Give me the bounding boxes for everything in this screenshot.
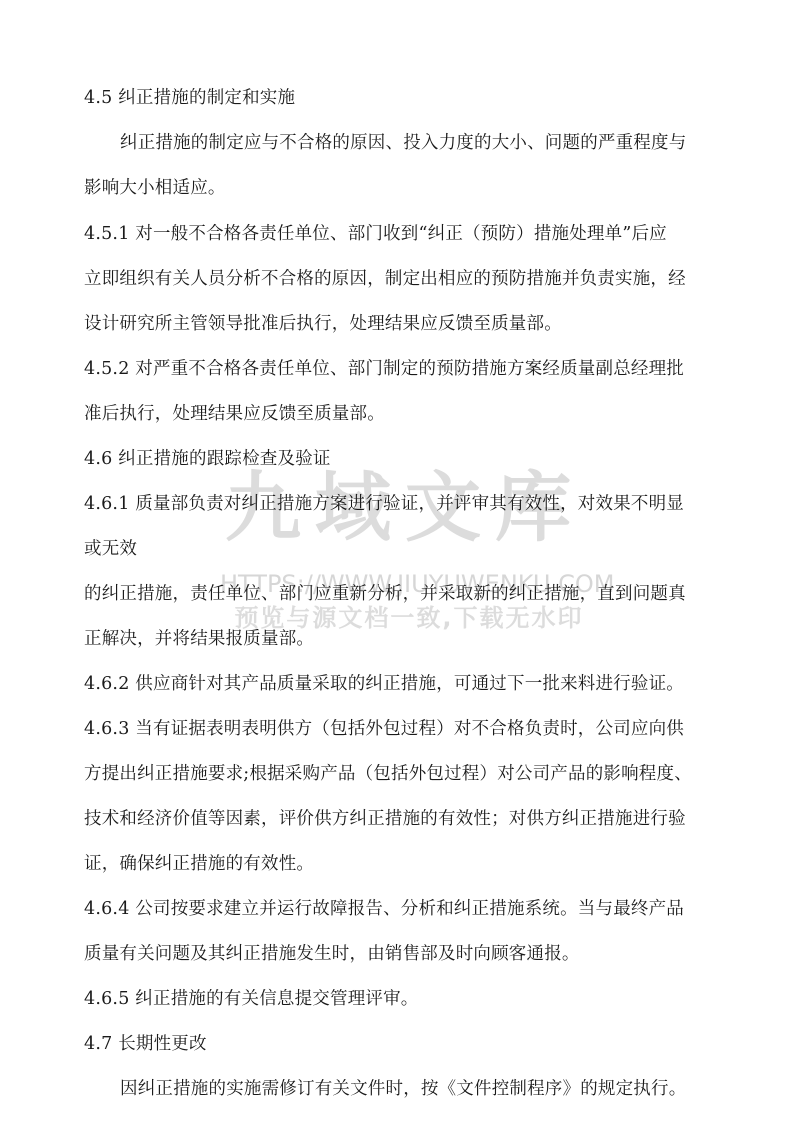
paragraph-line: 立即组织有关人员分析不合格的原因，制定出相应的预防措施并负责实施，经 <box>84 267 724 291</box>
paragraph-line: 方提出纠正措施要求;根据采购产品（包括外包过程）对公司产品的影响程度、 <box>84 762 724 786</box>
clause-4-6-1: 4.6.1 质量部负责对纠正措施方案进行验证，并评审其有效性，对效果不明显 <box>84 492 724 516</box>
clause-4-6-2: 4.6.2 供应商针对其产品质量采取的纠正措施，可通过下一批来料进行验证。 <box>84 672 724 696</box>
section-heading-4-7: 4.7 长期性更改 <box>84 1032 724 1056</box>
document-body: 4.5 纠正措施的制定和实施 纠正措施的制定应与不合格的原因、投入力度的大小、问… <box>0 0 793 1122</box>
clause-4-6-3: 4.6.3 当有证据表明表明供方（包括外包过程）对不合格负责时，公司应向供 <box>84 717 724 741</box>
paragraph-line: 因纠正措施的实施需修订有关文件时，按《文件控制程序》的规定执行。 <box>120 1077 760 1101</box>
paragraph-line: 准后执行，处理结果应反馈至质量部。 <box>84 402 724 426</box>
paragraph-line: 纠正措施的制定应与不合格的原因、投入力度的大小、问题的严重程度与 <box>120 131 760 155</box>
paragraph-line: 质量有关问题及其纠正措施发生时，由销售部及时向顾客通报。 <box>84 942 724 966</box>
clause-4-5-1: 4.5.1 对一般不合格各责任单位、部门收到“纠正（预防）措施处理单”后应 <box>84 222 724 246</box>
paragraph-line: 或无效 <box>84 537 724 561</box>
paragraph-line: 证，确保纠正措施的有效性。 <box>84 852 724 876</box>
clause-4-5-2: 4.5.2 对严重不合格各责任单位、部门制定的预防措施方案经质量副总经理批 <box>84 357 724 381</box>
paragraph-line: 正解决，并将结果报质量部。 <box>84 627 724 651</box>
clause-4-6-4: 4.6.4 公司按要求建立并运行故障报告、分析和纠正措施系统。当与最终产品 <box>84 897 724 921</box>
paragraph-line: 设计研究所主管领导批准后执行，处理结果应反馈至质量部。 <box>84 312 724 336</box>
paragraph-line: 影响大小相适应。 <box>84 176 724 200</box>
section-heading-4-6: 4.6 纠正措施的跟踪检查及验证 <box>84 447 724 471</box>
clause-4-6-5: 4.6.5 纠正措施的有关信息提交管理评审。 <box>84 987 724 1011</box>
section-heading-4-5: 4.5 纠正措施的制定和实施 <box>84 86 724 110</box>
paragraph-line: 技术和经济价值等因素，评价供方纠正措施的有效性；对供方纠正措施进行验 <box>84 807 724 831</box>
paragraph-line: 的纠正措施，责任单位、部门应重新分析，并采取新的纠正措施，直到问题真 <box>84 582 724 606</box>
document-page: 九域文库 HTTPS://WWW.JIUYUWENKU.COM 预览与源文档一致… <box>0 0 793 1122</box>
